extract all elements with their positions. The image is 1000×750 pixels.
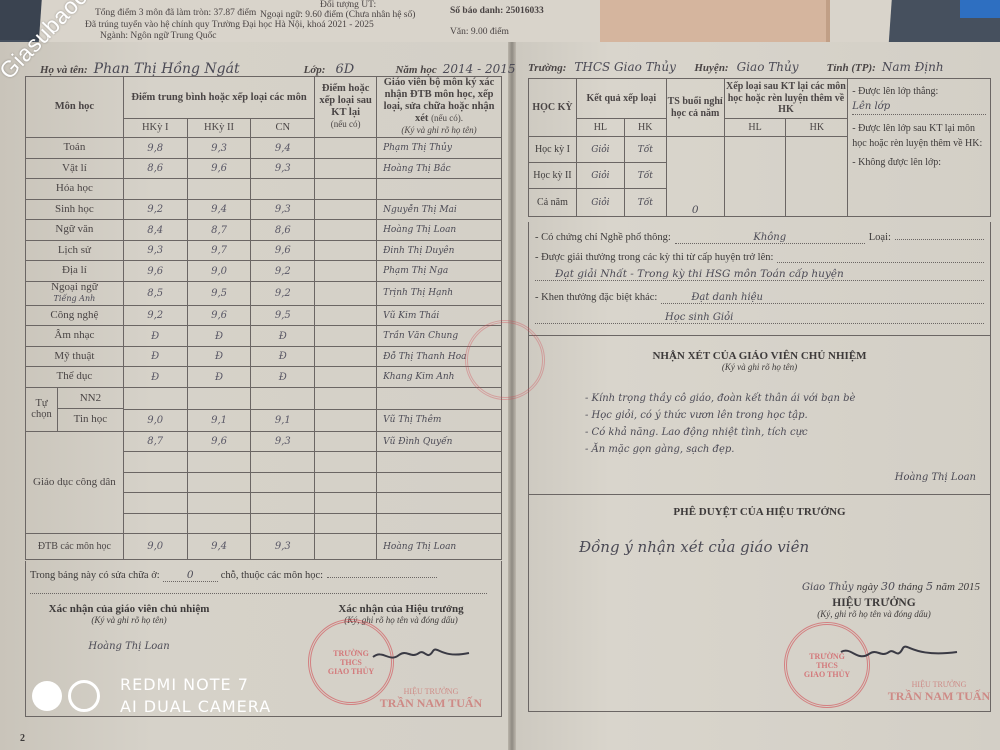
grade-cn: Đ [251,367,315,388]
term-1-hl: Giỏi [576,137,624,163]
bg-sheet-line1-right: Đối tượng UT: [320,0,376,10]
grade-hk1: 9,2 [123,199,187,220]
grade-hk1: Đ [123,367,187,388]
approval-principal: HIỆU TRƯỞNG (Ký, ghi rõ họ tên và đóng d… [784,597,964,619]
term-1-label: Học kỳ I [529,137,577,163]
grade-hk1: Đ [123,326,187,347]
homeroom-confirm-title: Xác nhận của giáo viên chủ nhiệm [34,603,224,615]
teacher-signature: Nguyễn Thị Mai [377,199,502,220]
bg-sheet-van: Văn: 9.00 điểm [450,27,509,37]
grade-cn: Đ [251,346,315,367]
grade-cn: 9,6 [251,240,315,261]
civics-teacher: Vũ Đình Quyến [377,431,502,452]
nn2-cn [251,387,315,409]
grade-hk1 [123,179,187,200]
comment-line: - Ăn mặc gọn gàng, sạch đẹp. [585,441,855,458]
approval-text: Đồng ý nhận xét của giáo viên [579,538,809,556]
approval-title: PHÊ DUYỆT CỦA HIỆU TRƯỞNG [529,506,990,518]
comment-line: - Kính trọng thầy cô giáo, đoàn kết thân… [585,390,855,407]
grade-retest [315,367,377,388]
civics-hk1: 8,7 [123,431,187,452]
approval-signature-icon [839,640,959,666]
type-label: Loại: [869,232,891,243]
conduct-table: HỌC KỲ Kết quả xếp loại TS buổi nghỉ học… [528,78,991,217]
grade-hk2: 9,6 [187,158,251,179]
term-2-hl: Giỏi [576,163,624,189]
grade-retest [315,220,377,241]
type-field [895,239,984,240]
grade-hk1: 8,4 [123,220,187,241]
table-row-civics: Giáo dục công dân 8,7 9,6 9,3 Vũ Đình Qu… [26,431,502,452]
grade-hk2: Đ [187,326,251,347]
homeroom-confirm: Xác nhận của giáo viên chủ nhiệm (Ký và … [34,603,224,652]
award-line: - Được giải thưởng trong các kỳ thi từ c… [535,252,984,263]
civics-hk2: 9,6 [187,431,251,452]
approval-stamp-name: HIỆU TRƯỞNG TRẦN NAM TUẤN [879,680,999,704]
grade-hk2 [187,179,251,200]
teacher-signature: Đinh Thị Duyên [377,240,502,261]
average-hk2: 9,4 [187,534,251,560]
subject-name: Hóa học [26,179,124,200]
bg-sheet-line1-mid: Ngoại ngữ: 9.60 điểm (Chưa nhân hệ số) [260,10,415,20]
table-row: Toán9,89,39,4Phạm Thị Thủy [26,138,502,159]
civics-cn: 9,3 [251,431,315,452]
year-label-cell: Cả năm [529,189,577,217]
camera-ring-icon [68,680,100,712]
teacher-signature [377,179,502,200]
school-value: THCS Giao Thủy [574,60,694,74]
subject-civics: Giáo dục công dân [26,431,124,534]
year-hl: Giỏi [576,189,624,217]
teacher-signature: Phạm Thị Thủy [377,138,502,159]
civics-retest [315,431,377,452]
table-row: Âm nhạcĐĐĐTrần Văn Chung [26,326,502,347]
tin-hoc-hk2: 9,1 [187,409,251,431]
table-row: Mỹ thuậtĐĐĐĐỗ Thị Thanh Hoa [26,346,502,367]
table-row: Thể dụcĐĐĐKhang Kim Anh [26,367,502,388]
comment-line: - Học giỏi, có ý thức vươn lên trong học… [585,407,855,424]
grades-table: Môn học Điểm trung bình hoặc xếp loại cá… [25,76,502,560]
promotion-cell: - Được lên lớp thẳng: Lên lớp - Được lên… [848,79,991,217]
teacher-signature: Phạm Thị Nga [377,261,502,282]
grade-retest [315,138,377,159]
homeroom-comment-signature: Hoàng Thị Loan [895,472,976,483]
header-teacher: Giáo viên bộ môn ký xác nhận ĐTB môn học… [377,77,502,138]
approval-place: Giao Thủy [802,582,854,593]
province-label: Tỉnh (TP): [827,62,876,74]
grade-hk1: 9,2 [123,305,187,326]
subject-name: Sinh học [26,199,124,220]
header-hk1: HKỳ I [123,119,187,138]
header-avg-group: Điểm trung bình hoặc xếp loại các môn [123,77,314,119]
subject-name: Thể dục [26,367,124,388]
grade-cn: 8,6 [251,220,315,241]
comment-line: - Có khả năng. Lao động nhiệt tình, tích… [585,424,855,441]
table-row-nn2: Tự chọn NN2 Tin học [26,387,502,409]
year-value: 2014 - 2015 [443,62,516,76]
elective-cell: Tự chọn NN2 Tin học [26,387,124,431]
table-row: Sinh học9,29,49,3Nguyễn Thị Mai [26,199,502,220]
term-2-label: Học kỳ II [529,163,577,189]
grade-hk2: 9,0 [187,261,251,282]
teacher-signature: Vũ Kim Thái [377,305,502,326]
table-row: Hóa học [26,179,502,200]
grade-retest [315,158,377,179]
divider [529,494,990,495]
header-retest-hk: HK [786,119,848,137]
special-value-1: Đạt danh hiệu [661,292,984,304]
bg-sheet-line2: Đã trúng tuyển vào hệ chính quy Trường Đ… [85,20,374,30]
grade-cn: 9,2 [251,261,315,282]
tin-hoc-hk1: 9,0 [123,409,187,431]
teacher-signature: Trịnh Thị Hạnh [377,281,502,305]
table-row-average: ĐTB các môn học 9,0 9,4 9,3 Hoàng Thị Lo… [26,534,502,560]
grade-hk2: 9,5 [187,281,251,305]
table-row: Ngoại ngữTiếng Anh8,59,59,2Trịnh Thị Hạn… [26,281,502,305]
table-row: Địa lí9,69,09,2Phạm Thị Nga [26,261,502,282]
camera-dot-icon [32,681,62,711]
corrections-count: 0 [163,569,218,582]
header-subject: Môn học [26,77,124,138]
approval-day: 30 [881,580,895,593]
award-label: - Được giải thưởng trong các kỳ thi từ c… [535,252,773,263]
header-after-retest: Xếp loại sau KT lại các môn học hoặc rèn… [724,79,848,119]
header-term: HỌC KỲ [529,79,577,137]
corrections-subjects-field [327,577,437,578]
grade-hk1: 8,5 [123,281,187,305]
grade-retest [315,261,377,282]
homeroom-comment-note: (Ký và ghi rõ họ tên) [529,362,990,372]
grade-hk1: Đ [123,346,187,367]
right-comments-box: - Có chứng chỉ Nghề phổ thông: Không Loạ… [528,222,991,712]
subject-average: ĐTB các môn học [26,534,124,560]
header-hk2: HKỳ II [187,119,251,138]
province-value: Nam Định [882,60,944,74]
grade-retest [315,281,377,305]
nn2-retest [315,387,377,409]
grade-retest [315,179,377,200]
approval-role: HIỆU TRƯỞNG [784,597,964,609]
bg-sheet-sbd: Số báo danh: 25016033 [450,6,544,16]
name-label: Họ và tên: [40,64,88,76]
corrections-prefix: Trong bảng này có sửa chữa ở: [30,570,160,581]
principal-stamp-name: HIỆU TRƯỞNG TRẦN NAM TUẤN [371,687,491,711]
homeroom-comment-header: NHẬN XÉT CỦA GIÁO VIÊN CHỦ NHIỆM (Ký và … [529,350,990,372]
certificate-value: Không [675,232,865,244]
grade-retest [315,199,377,220]
grade-hk1: 9,8 [123,138,187,159]
class-value: 6D [335,62,395,77]
camera-watermark: REDMI NOTE 7 AI DUAL CAMERA [32,674,271,718]
approval-date: Giao Thủy ngày 30 tháng 5 năm 2015 [802,580,980,593]
background-envelope [600,0,830,44]
bg-sheet-line3: Ngành: Ngôn ngữ Trung Quốc [100,31,217,41]
nn2-hk1 [123,387,187,409]
subject-nn2: NN2 [58,388,123,409]
district-label: Huyện: [694,62,728,74]
grade-retest [315,305,377,326]
teacher-signature: Hoàng Thị Bắc [377,158,502,179]
award-value: Đạt giải Nhất - Trong kỳ thi HSG môn Toá… [535,268,984,281]
certificate-line: - Có chứng chỉ Nghề phổ thông: Không Loạ… [535,232,984,244]
table-row: Vật lí8,69,69,3Hoàng Thị Bắc [26,158,502,179]
promotion-after-retest-label: - Được lên lớp sau KT lại môn học hoặc r… [852,121,986,151]
elective-label: Tự chọn [26,388,58,431]
grade-hk2: 9,3 [187,138,251,159]
grade-hk2: 9,6 [187,305,251,326]
bleed-stamp [465,320,545,400]
grade-cn [251,179,315,200]
term-1-hk: Tốt [624,137,666,163]
grade-cn: Đ [251,326,315,347]
tin-hoc-cn: 9,1 [251,409,315,431]
promotion-direct-label: - Được lên lớp thẳng: [852,84,986,99]
grade-hk2: Đ [187,346,251,367]
retest-hk-cell [786,137,848,217]
special-label: - Khen thưởng đặc biệt khác: [535,292,657,303]
table-row: Ngữ văn8,48,78,6Hoàng Thị Loan [26,220,502,241]
retest-hl-cell [724,137,786,217]
divider [529,335,990,336]
average-hk1: 9,0 [123,534,187,560]
promotion-not-label: - Không được lên lớp: [852,155,986,170]
school-info-line: Trường: THCS Giao Thủy Huyện: Giao Thủy … [528,60,988,74]
absent-value: 0 [666,137,724,217]
special-line: - Khen thưởng đặc biệt khác: Đạt danh hi… [535,292,984,304]
grade-cn: 9,2 [251,281,315,305]
camera-text: REDMI NOTE 7 AI DUAL CAMERA [120,674,271,718]
header-hl: HL [576,119,624,137]
student-info-line: Họ và tên: Phan Thị Hồng Ngát Lớp: 6D Nă… [40,61,515,77]
homeroom-signature: Hoàng Thị Loan [34,641,224,652]
subject-name: Ngoại ngữTiếng Anh [26,281,124,305]
grade-hk1: 9,3 [123,240,187,261]
corrections-line: Trong bảng này có sửa chữa ở: 0 chỗ, thu… [30,569,437,582]
header-retest: Điểm hoặc xếp loại sau KT lại(nếu có) [315,77,377,138]
subject-name: Âm nhạc [26,326,124,347]
grade-cn: 9,4 [251,138,315,159]
subject-name: Địa lí [26,261,124,282]
student-name: Phan Thị Hồng Ngát [94,61,304,77]
subject-tin-hoc: Tin học [58,409,123,430]
school-label: Trường: [528,62,566,74]
grade-cn: 9,3 [251,199,315,220]
homeroom-comment-lines: - Kính trọng thầy cô giáo, đoàn kết thân… [585,390,855,458]
grade-hk1: 8,6 [123,158,187,179]
subject-name: Lịch sử [26,240,124,261]
class-label: Lớp: [304,64,326,76]
approval-year: 2015 [958,581,980,593]
header-retest-hl: HL [724,119,786,137]
principal-confirm-title: Xác nhận của Hiệu trưởng [316,603,486,615]
average-teacher: Hoàng Thị Loan [377,534,502,560]
homeroom-comment-title: NHẬN XÉT CỦA GIÁO VIÊN CHỦ NHIỆM [529,350,990,362]
year-label: Năm học [395,64,436,76]
year-hk: Tốt [624,189,666,217]
grade-retest [315,346,377,367]
approval-month: 5 [926,580,933,593]
average-cn: 9,3 [251,534,315,560]
homeroom-confirm-note: (Ký và ghi rõ họ tên) [34,615,224,625]
corrections-suffix: chỗ, thuộc các môn học: [221,570,323,581]
grade-retest [315,326,377,347]
term-2-hk: Tốt [624,163,666,189]
header-absent: TS buổi nghỉ học cả năm [666,79,724,137]
header-result: Kết quả xếp loại [576,79,666,119]
grade-cn: 9,3 [251,158,315,179]
subject-name: Ngữ văn [26,220,124,241]
approval-note: (Ký, ghi rõ họ tên và đóng dấu) [784,609,964,619]
bg-sheet-line1: Tổng điểm 3 môn đã làm tròn: 37.87 điểm [95,8,256,18]
grade-hk2: 9,4 [187,199,251,220]
divider [30,593,487,594]
average-retest [315,534,377,560]
grade-hk2: Đ [187,367,251,388]
background-blue-object [960,0,1000,18]
promotion-direct-value: Lên lớp [852,99,986,115]
principal-signature-icon [371,641,471,667]
page-number: 2 [20,733,25,744]
teacher-signature: Hoàng Thị Loan [377,220,502,241]
grade-cn: 9,5 [251,305,315,326]
subject-name: Mỹ thuật [26,346,124,367]
nn2-hk2 [187,387,251,409]
grade-hk2: 8,7 [187,220,251,241]
subject-name: Vật lí [26,158,124,179]
tin-hoc-retest [315,409,377,431]
special-value-2: Học sinh Giỏi [535,312,984,324]
tin-hoc-teacher: Vũ Thị Thêm [377,409,502,431]
district-value: Giao Thủy [737,60,827,74]
subject-name: Công nghệ [26,305,124,326]
table-row: Lịch sử9,39,79,6Đinh Thị Duyên [26,240,502,261]
grade-retest [315,240,377,261]
subject-name: Toán [26,138,124,159]
grade-hk2: 9,7 [187,240,251,261]
header-cn: CN [251,119,315,138]
table-row: Công nghệ9,29,69,5Vũ Kim Thái [26,305,502,326]
grade-hk1: 9,6 [123,261,187,282]
header-hk: HK [624,119,666,137]
certificate-label: - Có chứng chỉ Nghề phổ thông: [535,232,671,243]
